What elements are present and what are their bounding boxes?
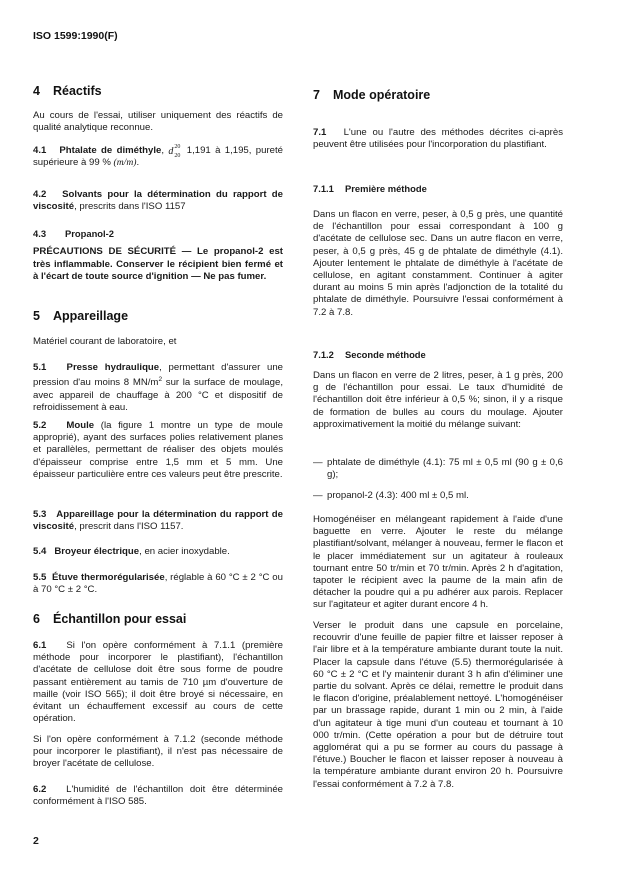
clause-4-3-heading: 4.3Propanol-2 — [33, 228, 114, 239]
clause-7-1-1-heading: 7.1.1Première méthode — [313, 183, 427, 194]
clause-4-1: 4.1 Phtalate de diméthyle, d2020 1,191 à… — [33, 145, 283, 169]
clause-5-2: 5.2 Moule (la figure 1 montre un type de… — [33, 420, 283, 481]
section-6-heading: 6Échantillon pour essai — [33, 612, 186, 626]
clause-6-1-para-2: Si l'on opère conformément à 7.1.2 (seco… — [33, 734, 283, 771]
clause-4-2: 4.2 Solvants pour la détermination du ra… — [33, 189, 283, 213]
clause-6-2: 6.2 L'humidité de l'échantillon doit êtr… — [33, 784, 283, 808]
list-item: — phtalate de diméthyle (4.1): 75 ml ± 0… — [313, 457, 563, 481]
clause-title: Phtalate de diméthyle — [59, 145, 161, 156]
clause-5-3: 5.3 Appareillage pour la détermination d… — [33, 509, 283, 533]
section-4-heading: 4Réactifs — [33, 84, 102, 98]
section-number: 4 — [33, 84, 53, 98]
clause-6-1: 6.1 Si l'on opère conformément à 7.1.1 (… — [33, 640, 283, 725]
clause-7-1-2-text: Dans un flacon en verre de 2 litres, pes… — [313, 370, 563, 431]
clause-5-4: 5.4 Broyeur électrique, en acier inoxyda… — [33, 546, 283, 558]
clause-7-1-2-heading: 7.1.2Seconde méthode — [313, 349, 426, 360]
clause-5-1: 5.1 Presse hydraulique, permettant d'ass… — [33, 362, 283, 414]
clause-number: 4.1 — [33, 145, 46, 156]
section-7-heading: 7Mode opératoire — [313, 88, 430, 102]
section-5-intro: Matériel courant de laboratoire, et — [33, 336, 283, 348]
clause-7-1-1-text: Dans un flacon en verre, peser, à 0,5 g … — [313, 209, 563, 319]
clause-7-1-2-para-2: Homogénéiser en mélangeant rapidement à … — [313, 514, 563, 612]
document-id: ISO 1599:1990(F) — [33, 30, 118, 42]
clause-7-1: 7.1 L'une ou l'autre des méthodes décrit… — [313, 127, 563, 151]
section-4-intro: Au cours de l'essai, utiliser uniquement… — [33, 110, 283, 134]
density-symbol: d2020 — [168, 146, 182, 156]
page-number: 2 — [33, 835, 39, 847]
list-item: — propanol-2 (4.3): 400 ml ± 0,5 ml. — [313, 490, 563, 502]
section-5-heading: 5Appareillage — [33, 309, 128, 323]
section-title: Réactifs — [53, 84, 102, 98]
safety-warning: PRÉCAUTIONS DE SÉCURITÉ — Le propanol-2 … — [33, 246, 283, 284]
clause-7-1-2-para-3: Verser le produit dans une capsule en po… — [313, 620, 563, 791]
clause-5-5: 5.5 Étuve thermorégularisée, réglable à … — [33, 572, 283, 596]
